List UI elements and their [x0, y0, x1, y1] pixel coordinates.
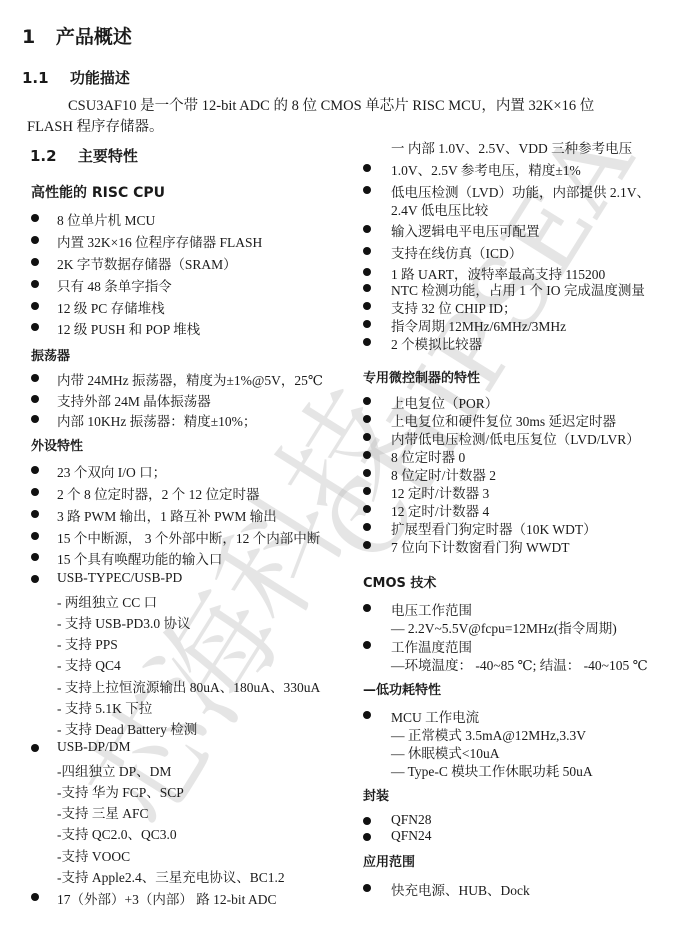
peripheral-item: 2 个 8 位定时器，2 个 12 位定时器	[57, 483, 260, 503]
section-number: 1	[22, 26, 35, 48]
low-power-item: MCU 工作电流	[391, 706, 479, 726]
mcu-feature-item: 7 位向下计数窗看门狗 WWDT	[391, 536, 569, 556]
oscillator-heading: 振荡器	[31, 345, 70, 364]
bullet-icon	[31, 258, 39, 266]
cmos-item: 工作温度范围	[391, 636, 472, 656]
dpdm-subitem: -支持 三星 AFC	[57, 802, 149, 822]
peripheral-item: 15 个具有唤醒功能的输入口	[57, 548, 222, 568]
cpu-heading: 高性能的 RISC CPU	[31, 182, 165, 202]
mcu-feature-item: 8 位定时/计数器 2	[391, 464, 496, 484]
bullet-icon	[363, 541, 371, 549]
bullet-icon	[363, 433, 371, 441]
feature-item: 低电压检测（LVD）功能，内部提供 2.1V、	[391, 181, 650, 201]
bullet-icon	[363, 451, 371, 459]
bullet-icon	[31, 214, 39, 222]
dpdm-subitem: -支持 QC2.0、QC3.0	[57, 823, 177, 843]
feature-item: NTC 检测功能，占用 1 个 IO 完成温度测量	[391, 279, 645, 299]
bullet-icon	[31, 280, 39, 288]
package-item: QFN24	[391, 828, 432, 844]
bullet-icon	[363, 397, 371, 405]
dpdm-subitem: -支持 VOOC	[57, 845, 130, 865]
bullet-icon	[363, 469, 371, 477]
feature-item: 2 个模拟比较器	[391, 333, 482, 353]
mcu-feature-item: 扩展型看门狗定时器（10K WDT）	[391, 518, 597, 538]
section-number: 1.1	[22, 69, 49, 87]
peripheral-item: USB-DP/DM	[57, 739, 131, 755]
typec-subitem: - 两组独立 CC 口	[57, 591, 157, 611]
mcu-feature-item: 12 定时/计数器 4	[391, 500, 489, 520]
mcu-feature-item: 上电复位（POR）	[391, 392, 498, 412]
section-title: 产品概述	[56, 26, 132, 48]
bullet-icon	[31, 302, 39, 310]
cpu-feature-item: 内置 32K×16 位程序存储器 FLASH	[57, 231, 262, 251]
peripheral-item: USB-TYPEC/USB-PD	[57, 570, 182, 586]
dpdm-subitem: -四组独立 DP、DM	[57, 760, 171, 780]
section-title: 功能描述	[70, 69, 130, 87]
application-item: 快充电源、HUB、Dock	[391, 879, 530, 899]
bullet-icon	[363, 487, 371, 495]
section-title: 主要特性	[78, 147, 138, 165]
bullet-icon	[363, 164, 371, 172]
low-power-subitem: — 休眠模式<10uA	[391, 742, 500, 762]
bullet-icon	[363, 268, 371, 276]
cmos-subitem: — 2.2V~5.5V@fcpu=12MHz(指令周期)	[391, 617, 617, 637]
typec-subitem: - 支持 QC4	[57, 654, 121, 674]
section-1-1-heading: 1.1 功能描述	[22, 67, 130, 88]
cmos-item: 电压工作范围	[391, 599, 472, 619]
mcu-feature-item: 8 位定时器 0	[391, 446, 465, 466]
low-power-subitem: — Type-C 模块工作休眠功耗 50uA	[391, 760, 593, 780]
typec-subitem: - 支持上拉恒流源输出 80uA、180uA、330uA	[57, 676, 320, 696]
cpu-feature-item: 12 级 PC 存储堆栈	[57, 297, 165, 317]
peripheral-item: 17（外部）+3（内部） 路 12-bit ADC	[57, 888, 277, 908]
peripheral-heading: 外设特性	[31, 435, 83, 454]
section-1-2-heading: 1.2 主要特性	[30, 145, 138, 166]
bullet-icon	[31, 744, 39, 752]
feature-item: 输入逻辑电平电压可配置	[391, 220, 540, 240]
low-power-subitem: — 正常模式 3.5mA@12MHz,3.3V	[391, 724, 586, 744]
cpu-feature-item: 12 级 PUSH 和 POP 堆栈	[57, 318, 200, 338]
bullet-icon	[31, 415, 39, 423]
bullet-icon	[31, 323, 39, 331]
typec-subitem: - 支持 5.1K 下拉	[57, 697, 152, 717]
section-1-heading: 1 产品概述	[22, 22, 132, 49]
bullet-icon	[31, 236, 39, 244]
feature-item: 指令周期 12MHz/6MHz/3MHz	[391, 315, 566, 335]
bullet-icon	[363, 833, 371, 841]
peripheral-item: 23 个双向 I/O 口；	[57, 461, 166, 481]
package-heading: 封装	[363, 785, 389, 804]
mcu-feature-item: 内带低电压检测/低电压复位（LVD/LVR）	[391, 428, 640, 448]
bullet-icon	[363, 505, 371, 513]
bullet-icon	[31, 553, 39, 561]
bullet-icon	[31, 893, 39, 901]
section-number: 1.2	[30, 147, 57, 165]
mcu-feature-item: 上电复位和硬件复位 30ms 延迟定时器	[391, 410, 616, 430]
bullet-icon	[363, 641, 371, 649]
bullet-icon	[363, 523, 371, 531]
bullet-icon	[31, 466, 39, 474]
bullet-icon	[363, 247, 371, 255]
cpu-feature-item: 2K 字节数据存储器（SRAM）	[57, 253, 237, 273]
bullet-icon	[363, 225, 371, 233]
feature-item: 1.0V、2.5V 参考电压，精度±1%	[391, 159, 581, 179]
typec-subitem: - 支持 PPS	[57, 633, 118, 653]
bullet-icon	[31, 532, 39, 540]
bullet-icon	[363, 884, 371, 892]
bullet-icon	[363, 186, 371, 194]
cpu-feature-item: 只有 48 条单字指令	[57, 275, 172, 295]
bullet-icon	[31, 510, 39, 518]
typec-subitem: - 支持 Dead Battery 检测	[57, 718, 197, 738]
cpu-feature-item: 8 位单片机 MCU	[57, 209, 155, 229]
bullet-icon	[363, 284, 371, 292]
dpdm-subitem: -支持 华为 FCP、SCP	[57, 781, 184, 801]
feature-item: 支持在线仿真（ICD）	[391, 242, 522, 262]
description-line-1: CSU3AF10 是一个带 12-bit ADC 的 8 位 CMOS 单芯片 …	[68, 95, 594, 117]
low-power-heading: —低功耗特性	[363, 679, 441, 698]
reference-voltage-sub: 一 内部 1.0V、2.5V、VDD 三种参考电压	[391, 137, 632, 157]
cmos-subitem: —环境温度： -40~85 ℃; 结温： -40~105 ℃	[391, 654, 648, 674]
bullet-icon	[363, 415, 371, 423]
oscillator-item: 内部 10KHz 振荡器：精度±10%；	[57, 410, 256, 430]
feature-item: 支持 32 位 CHIP ID；	[391, 297, 517, 317]
bullet-icon	[363, 817, 371, 825]
bullet-icon	[31, 488, 39, 496]
bullet-icon	[31, 374, 39, 382]
package-item: QFN28	[391, 812, 432, 828]
bullet-icon	[363, 711, 371, 719]
cmos-heading: CMOS 技术	[363, 572, 436, 591]
description-line-2: FLASH 程序存储器。	[27, 116, 164, 138]
mcu-feature-item: 12 定时/计数器 3	[391, 482, 489, 502]
peripheral-item: 15 个中断源， 3 个外部中断，12 个内部中断	[57, 527, 320, 547]
bullet-icon	[363, 338, 371, 346]
dpdm-subitem: -支持 Apple2.4、三星充电协议、BC1.2	[57, 866, 285, 886]
bullet-icon	[363, 604, 371, 612]
bullet-icon	[363, 302, 371, 310]
oscillator-item: 支持外部 24M 晶体振荡器	[57, 390, 211, 410]
mcu-features-heading: 专用微控制器的特性	[363, 367, 480, 386]
oscillator-item: 内带 24MHz 振荡器，精度为±1%@5V，25℃	[57, 369, 323, 389]
feature-item-continued: 2.4V 低电压比较	[391, 199, 488, 219]
bullet-icon	[31, 575, 39, 583]
applications-heading: 应用范围	[363, 851, 415, 870]
typec-subitem: - 支持 USB-PD3.0 协议	[57, 612, 191, 632]
bullet-icon	[363, 320, 371, 328]
bullet-icon	[31, 395, 39, 403]
peripheral-item: 3 路 PWM 输出，1 路互补 PWM 输出	[57, 505, 277, 525]
